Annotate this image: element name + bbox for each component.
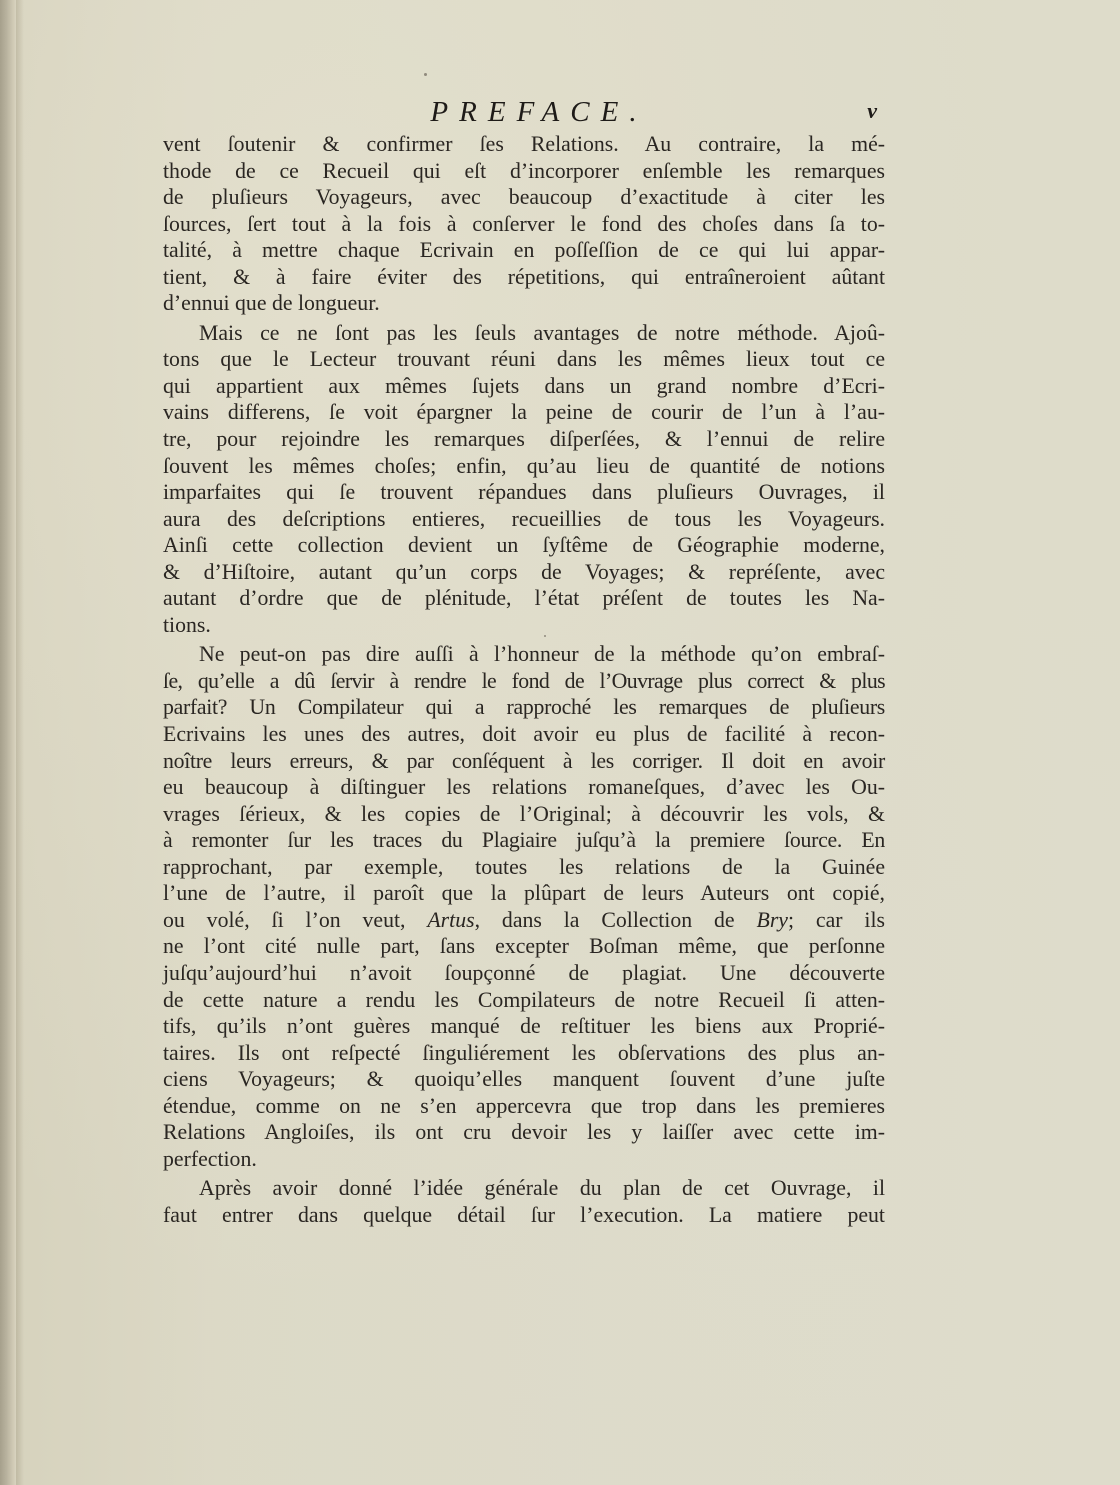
paragraph: Ne peut-on pas dire auſſi à l’honneur de… — [163, 641, 885, 1172]
text-line: juſqu’aujourd’hui n’avoit ſoupçonné de p… — [163, 960, 885, 987]
text-line: tifs, qu’ils n’ont guères manqué de reſt… — [163, 1013, 885, 1040]
text-line: de cette nature a rendu les Compilateurs… — [163, 987, 885, 1014]
text-line: Ne peut-on pas dire auſſi à l’honneur de… — [163, 641, 885, 668]
text-line: d’ennui que de longueur. — [163, 290, 885, 317]
text-line: aura des deſcriptions entieres, recueill… — [163, 506, 885, 533]
paragraph: Mais ce ne ſont pas les ſeuls avantages … — [163, 320, 885, 639]
text-line: à remonter ſur les traces du Plagiaire j… — [163, 827, 885, 854]
text-line: taires. Ils ont reſpecté ſinguliérement … — [163, 1040, 885, 1067]
text-line: tions. — [163, 612, 885, 639]
text-line: ſources, ſert tout à la fois à conſerver… — [163, 211, 885, 238]
text-line: noître leurs erreurs, & par conſéquent à… — [163, 748, 885, 775]
text-line: Relations Angloiſes, ils ont cru devoir … — [163, 1119, 885, 1146]
text-line: talité, à mettre chaque Ecrivain en poſſ… — [163, 237, 885, 264]
text-line: étendue, comme on ne s’en appercevra que… — [163, 1093, 885, 1120]
italic-name-bry: Bry — [757, 908, 788, 932]
text-run: ou volé, ſi l’on veut, — [163, 908, 427, 932]
text-run: , dans la Collection de — [475, 908, 757, 932]
text-line: tient, & à faire éviter des répetitions,… — [163, 264, 885, 291]
book-binding-edge — [0, 0, 16, 1485]
text-line: ſe, qu’elle a dû ſervir à rendre le fond… — [163, 668, 885, 695]
text-line: perfection. — [163, 1146, 885, 1173]
text-line: rapprochant, par exemple, toutes les rel… — [163, 854, 885, 881]
text-line: Après avoir donné l’idée générale du pla… — [163, 1175, 885, 1202]
text-line: Ecrivains les unes des autres, doit avoi… — [163, 721, 885, 748]
text-line: Ainſi cette collection devient un ſyſtêm… — [163, 532, 885, 559]
paragraph: Après avoir donné l’idée générale du pla… — [163, 1175, 885, 1228]
running-head: PREFACE. — [163, 96, 885, 129]
page-number: v — [867, 98, 877, 124]
text-line: eu beaucoup à diſtinguer les relations r… — [163, 774, 885, 801]
paragraph: vent ſoutenir & confirmer ſes Relations.… — [163, 131, 885, 317]
text-line: qui appartient aux mêmes ſujets dans un … — [163, 373, 885, 400]
italic-name-artus: Artus — [427, 908, 474, 932]
text-line: faut entrer dans quelque détail ſur l’ex… — [163, 1202, 885, 1229]
body-text: vent ſoutenir & confirmer ſes Relations.… — [163, 131, 885, 1228]
text-line: & d’Hiſtoire, autant qu’un corps de Voya… — [163, 559, 885, 586]
ink-speck — [424, 73, 427, 76]
text-line: vrages ſérieux, & les copies de l’Origin… — [163, 801, 885, 828]
text-line: ciens Voyageurs; & quoiqu’elles manquent… — [163, 1066, 885, 1093]
text-line: tons que le Lecteur trouvant réuni dans … — [163, 346, 885, 373]
text-line: vent ſoutenir & confirmer ſes Relations.… — [163, 131, 885, 158]
text-line: parfait? Un Compilateur qui a rapproché … — [163, 694, 885, 721]
binding-shadow — [16, 0, 24, 1485]
text-line: vains differens, ſe voit épargner la pei… — [163, 399, 885, 426]
text-line: de pluſieurs Voyageurs, avec beaucoup d’… — [163, 184, 885, 211]
page-header: PREFACE. v — [163, 96, 885, 130]
text-line: ne l’ont cité nulle part, ſans excepter … — [163, 933, 885, 960]
text-line: autant d’ordre que de plénitude, l’état … — [163, 585, 885, 612]
text-line: ou volé, ſi l’on veut, Artus, dans la Co… — [163, 907, 885, 934]
text-run: ; car ils — [788, 908, 885, 932]
text-line: ſouvent les mêmes choſes; enfin, qu’au l… — [163, 453, 885, 480]
text-line: imparfaites qui ſe trouvent répandues da… — [163, 479, 885, 506]
text-line: tre, pour rejoindre les remarques diſper… — [163, 426, 885, 453]
text-line: thode de ce Recueil qui eſt d’incorporer… — [163, 158, 885, 185]
text-line: l’une de l’autre, il paroît que la plûpa… — [163, 880, 885, 907]
text-line: Mais ce ne ſont pas les ſeuls avantages … — [163, 320, 885, 347]
